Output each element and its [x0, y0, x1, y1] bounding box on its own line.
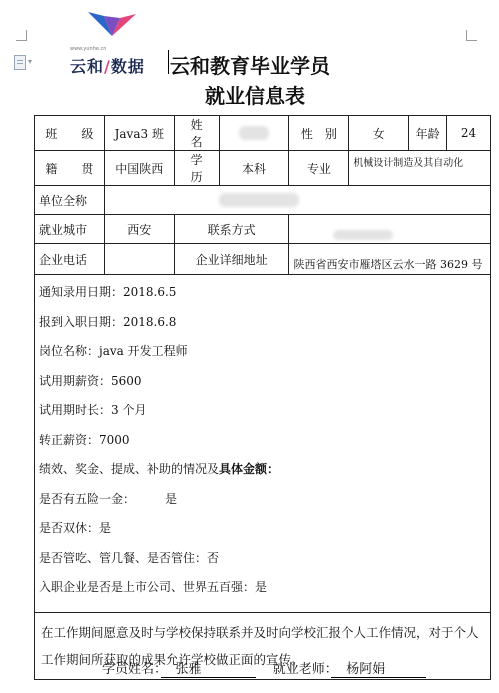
table-row: 就业城市 西安 联系方式 — [35, 215, 491, 244]
text-cursor — [168, 50, 169, 74]
dropdown-arrow-icon[interactable]: ▾ — [28, 57, 32, 66]
city-value: 西安 — [104, 215, 174, 244]
insurance-info: 是否有五险一金： 是 — [39, 488, 486, 518]
age-value: 24 — [447, 116, 491, 151]
teacher-name-value: 杨阿娟 — [331, 662, 426, 678]
class-value: Java3 班 — [104, 116, 174, 151]
student-name-label: 学员姓名： — [102, 662, 161, 677]
address-label: 企业详细地址 — [174, 244, 289, 275]
employer-label: 单位全称 — [35, 186, 105, 215]
student-name-value: 张雅 — [161, 662, 256, 678]
address-value: 陕西省西安市雁塔区云水一路 3629 号 — [289, 244, 491, 275]
company-logo: www.yunhe.cn 云和/数据 — [70, 10, 160, 80]
class-label: 班 级 — [35, 116, 105, 151]
bonus-info: 绩效、奖金、提成、补助的情况及具体金额： — [39, 458, 486, 488]
name-label: 姓 名 — [174, 116, 219, 151]
student-name-text: 张雅 — [176, 662, 202, 677]
page-title-line1: 云和教育毕业学员 — [170, 50, 330, 79]
education-label: 学 历 — [174, 151, 219, 186]
table-row: 籍 贯 中国陕西 学 历 本科 专业 机械设计制造及其自动化 — [35, 151, 491, 186]
employer-value-redacted — [104, 186, 490, 215]
bonus-info-bold: 具体金额： — [219, 462, 279, 476]
bonus-info-text: 绩效、奖金、提成、补助的情况及 — [39, 462, 219, 476]
city-label: 就业城市 — [35, 215, 105, 244]
logo-brand-part2: 数据 — [111, 57, 145, 76]
name-value-redacted — [219, 116, 289, 151]
page-corner-mark — [16, 30, 27, 41]
logo-brand: 云和/数据 — [70, 54, 145, 77]
logo-mark-icon — [82, 10, 142, 42]
logo-brand-part1: 云和 — [70, 57, 104, 76]
teacher-name-text: 杨阿娟 — [346, 662, 385, 677]
probation-length: 试用期时长：3 个月 — [39, 399, 486, 429]
origin-label: 籍 贯 — [35, 151, 105, 186]
contact-label: 联系方式 — [174, 215, 289, 244]
phone-label: 企业电话 — [35, 244, 105, 275]
signature-line: 学员姓名： 张雅 就业老师： 杨阿娟 — [102, 658, 426, 677]
table-row: 班 级 Java3 班 姓 名 性 别 女 年龄 24 — [35, 116, 491, 151]
table-row: 通知录用日期：2018.6.5 报到入职日期：2018.6.8 岗位名称：jav… — [35, 275, 491, 613]
major-value: 机械设计制造及其自动化 — [349, 151, 491, 186]
origin-value: 中国陕西 — [104, 151, 174, 186]
age-label: 年龄 — [409, 116, 447, 151]
education-value: 本科 — [219, 151, 289, 186]
gender-label: 性 别 — [289, 116, 349, 151]
major-label: 专业 — [289, 151, 349, 186]
employment-info-table: 班 级 Java3 班 姓 名 性 别 女 年龄 24 籍 贯 中国陕西 学 历… — [34, 115, 491, 680]
document-icon[interactable] — [14, 55, 26, 70]
onboard-date: 报到入职日期：2018.6.8 — [39, 311, 486, 341]
table-row: 单位全称 — [35, 186, 491, 215]
offer-date: 通知录用日期：2018.6.5 — [39, 281, 486, 311]
table-row: 企业电话 企业详细地址 陕西省西安市雁塔区云水一路 3629 号 — [35, 244, 491, 275]
regular-salary: 转正薪资：7000 — [39, 429, 486, 459]
contact-value-redacted — [289, 215, 491, 244]
logo-slash: / — [104, 57, 111, 76]
phone-value — [104, 244, 174, 275]
company-status-info: 入职企业是否是上市公司、世界五百强：是 — [39, 576, 486, 606]
logo-url: www.yunhe.cn — [70, 46, 106, 52]
meals-housing-info: 是否管吃、管几餐、是否管住：否 — [39, 547, 486, 577]
page-corner-mark — [466, 30, 477, 41]
gender-value: 女 — [349, 116, 409, 151]
teacher-name-label: 就业老师： — [273, 662, 332, 677]
employment-details: 通知录用日期：2018.6.5 报到入职日期：2018.6.8 岗位名称：jav… — [35, 275, 491, 613]
position-name: 岗位名称：java 开发工程师 — [39, 340, 486, 370]
page-title-line2: 就业信息表 — [205, 80, 305, 109]
weekend-info: 是否双休：是 — [39, 517, 486, 547]
probation-salary: 试用期薪资：5600 — [39, 370, 486, 400]
